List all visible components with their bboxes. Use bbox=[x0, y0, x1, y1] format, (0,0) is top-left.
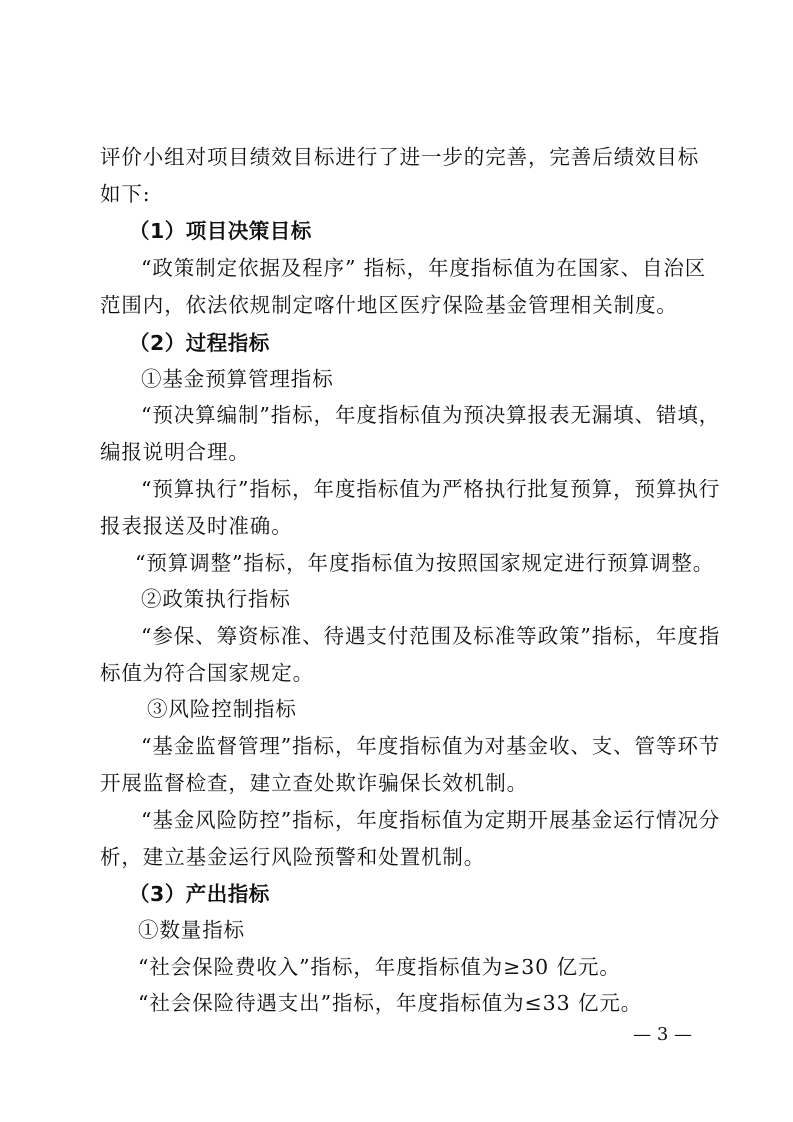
paragraph-line: 编报说明合理。 bbox=[100, 437, 698, 467]
page-number: — 3 — bbox=[612, 1022, 692, 1048]
paragraph-line: 标值为符合国家规定。 bbox=[100, 658, 698, 688]
paragraph-line: 如下: bbox=[100, 179, 698, 209]
paragraph-line: “政策制定依据及程序” 指标，年度指标值为在国家、自治区 bbox=[141, 253, 698, 283]
paragraph-line: 评价小组对项目绩效目标进行了进一步的完善，完善后绩效目标 bbox=[100, 142, 698, 172]
subheading-budget-management: ①基金预算管理指标 bbox=[141, 364, 698, 394]
paragraph-line: 开展监督检查，建立查处欺诈骗保长效机制。 bbox=[100, 768, 698, 798]
paragraph-line: 范围内，依法依规制定喀什地区医疗保险基金管理相关制度。 bbox=[100, 290, 698, 320]
paragraph-line: “社会保险费收入”指标，年度指标值为≥30 亿元。 bbox=[138, 952, 695, 982]
subheading-policy-execution: ②政策执行指标 bbox=[141, 584, 698, 614]
paragraph-line: 报表报送及时准确。 bbox=[100, 511, 698, 541]
paragraph-line: “基金监督管理”指标，年度指标值为对基金收、支、管等环节 bbox=[141, 731, 698, 761]
paragraph-line: 析，建立基金运行风险预警和处置机制。 bbox=[100, 842, 698, 872]
section-heading-output: （3）产出指标 bbox=[129, 879, 686, 909]
paragraph-line: “预算调整”指标，年度指标值为按照国家规定进行预算调整。 bbox=[135, 548, 698, 578]
paragraph-line: “预算执行”指标，年度指标值为严格执行批复预算，预算执行 bbox=[141, 474, 698, 504]
paragraph-line: “预决算编制”指标，年度指标值为预决算报表无漏填、错填， bbox=[141, 400, 698, 430]
paragraph-line: “基金风险防控”指标，年度指标值为定期开展基金运行情况分 bbox=[141, 805, 698, 835]
paragraph-line: “参保、筹资标准、待遇支付范围及标准等政策”指标，年度指 bbox=[141, 621, 698, 651]
document-page: 评价小组对项目绩效目标进行了进一步的完善，完善后绩效目标 如下: （1）项目决策… bbox=[0, 0, 793, 1122]
subheading-quantity: ①数量指标 bbox=[138, 915, 695, 945]
section-heading-decision: （1）项目决策目标 bbox=[129, 216, 686, 246]
paragraph-line: “社会保险待遇支出”指标，年度指标值为≤33 亿元。 bbox=[138, 988, 695, 1018]
subheading-risk-control: ③风险控制指标 bbox=[147, 694, 704, 724]
section-heading-process: （2）过程指标 bbox=[129, 328, 686, 358]
